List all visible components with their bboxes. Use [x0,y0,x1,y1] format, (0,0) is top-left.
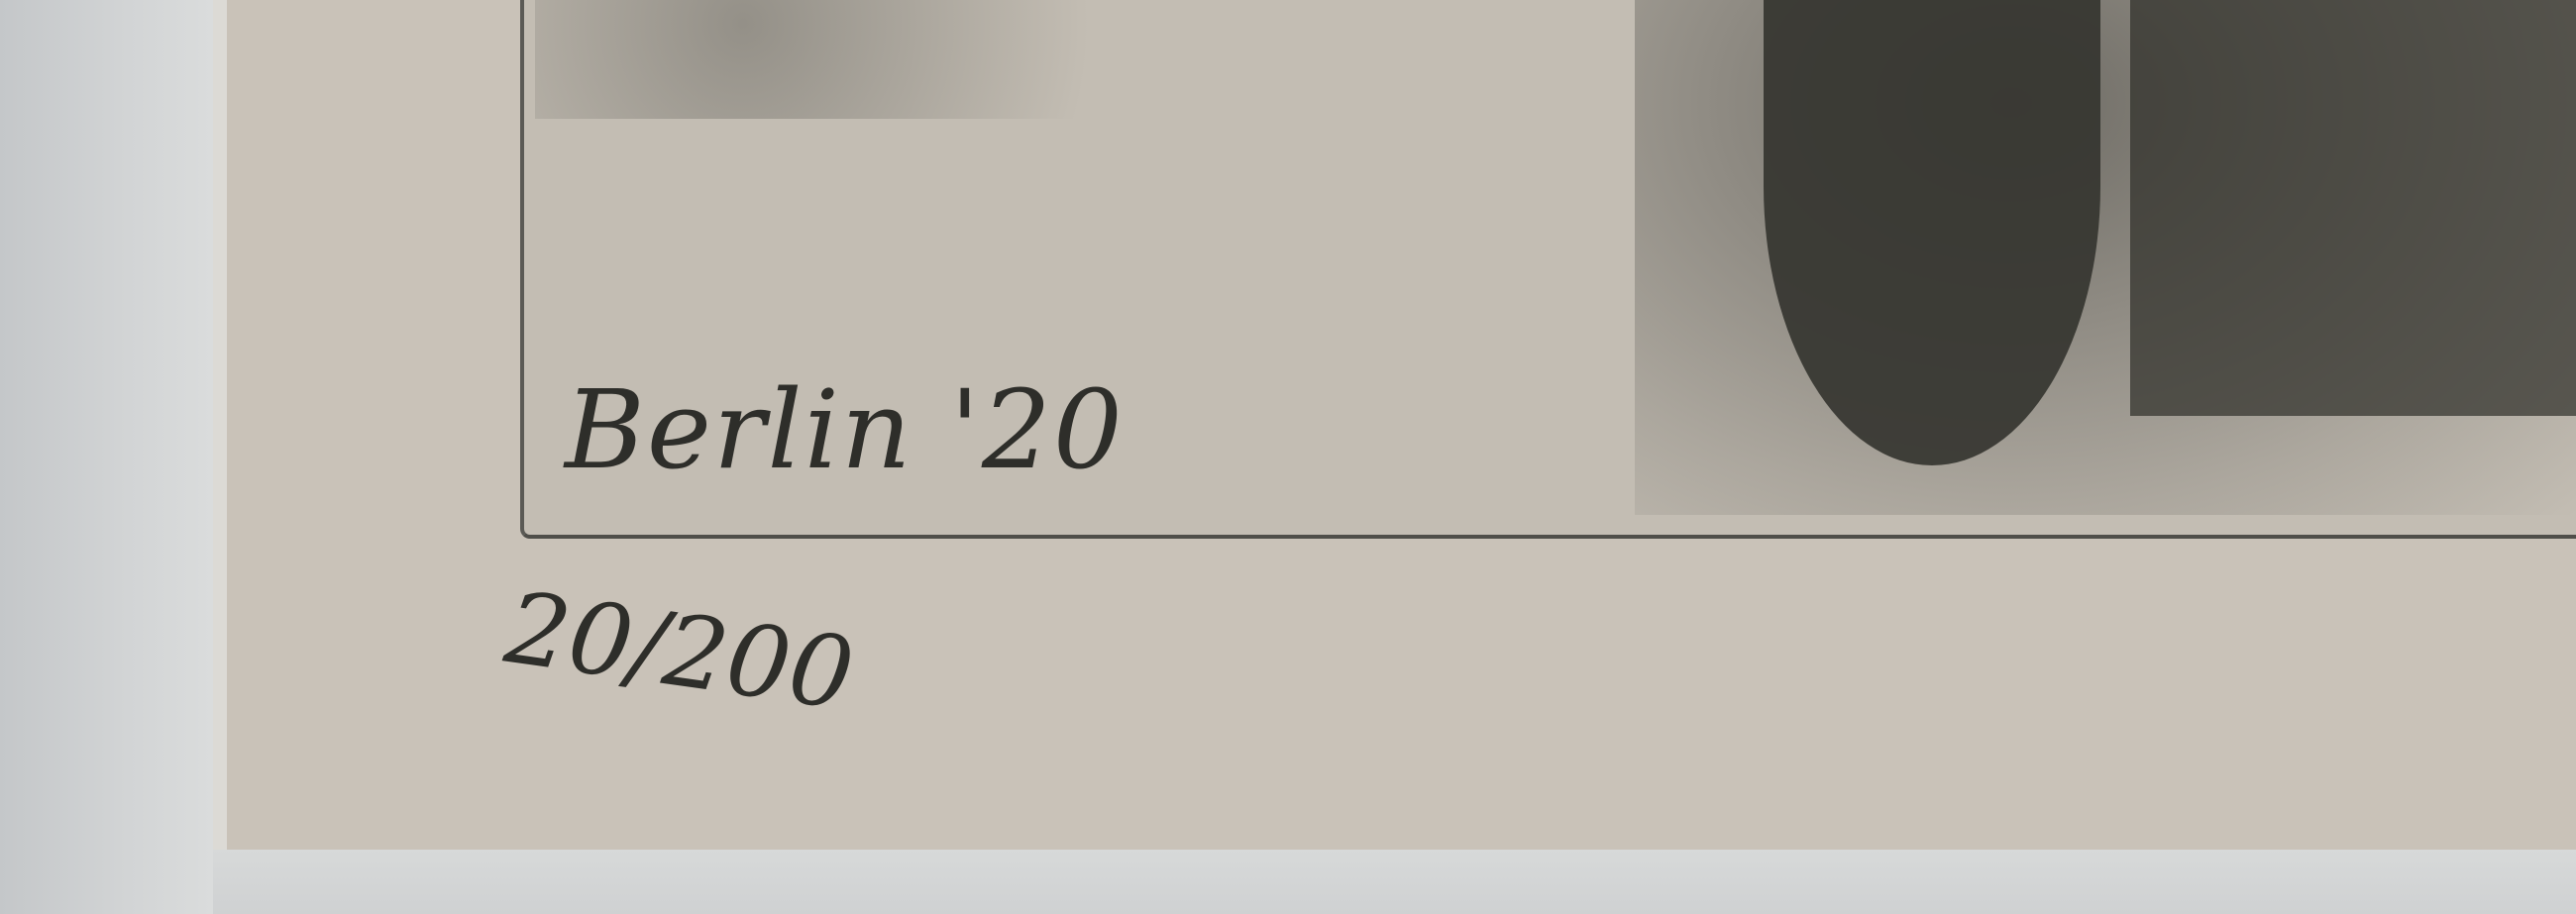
dark-tonal-area-right [2130,0,2576,416]
place-year-inscription: Berlin '20 [565,366,1125,493]
frame-bottom-edge [213,850,2576,914]
frame-left-edge [0,0,213,914]
mat-bevel [213,0,227,850]
plate-texture [535,0,1229,119]
